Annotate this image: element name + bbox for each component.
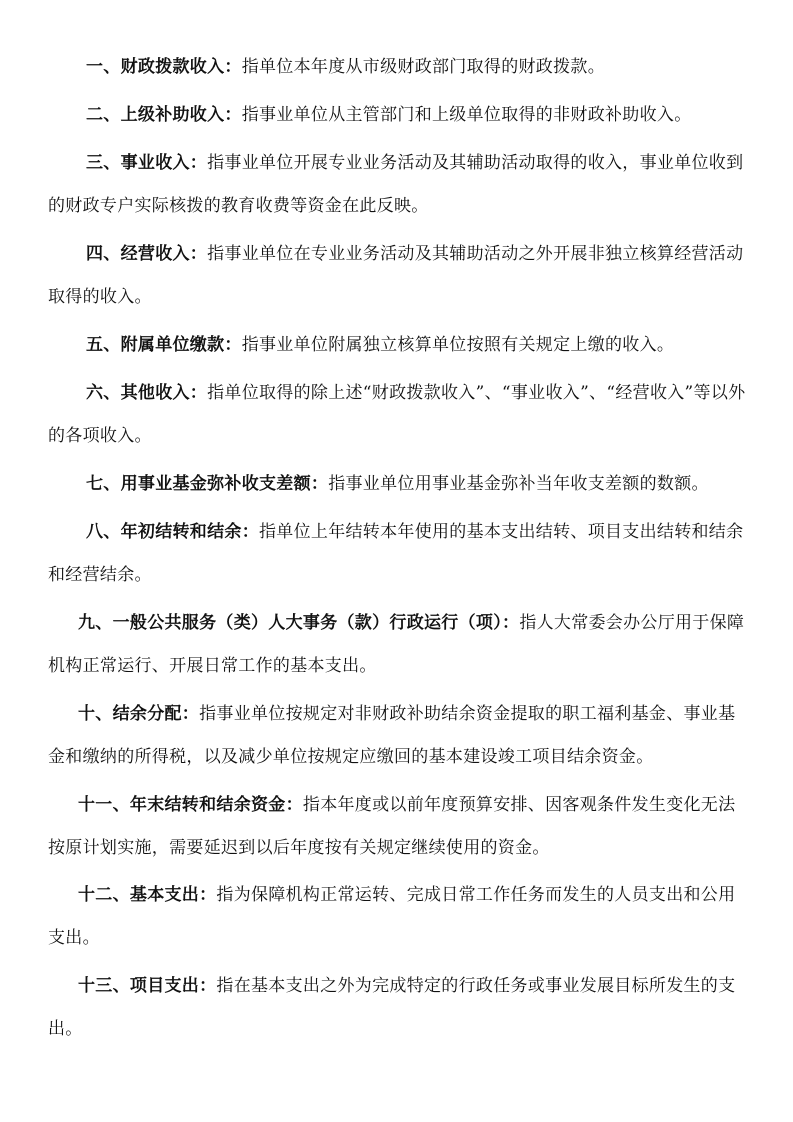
term-label: 十、结余分配： [78,704,199,724]
definition-item-5: 五、附属单位缴款：指事业单位附属独立核算单位按照有关规定上缴的收入。 [48,324,748,367]
term-label: 七、用事业基金弥补收支差额： [86,474,328,494]
document-page: 一、财政拨款收入：指单位本年度从市级财政部门取得的财政拨款。 二、上级补助收入：… [0,0,793,1122]
term-label: 十一、年末结转和结余资金： [78,795,303,815]
definition-item-11: 十一、年末结转和结余资金：指本年度或以前年度预算安排、因客观条件发生变化无法按原… [48,784,748,870]
term-label: 九、一般公共服务（类）人大事务（款）行政运行（项）： [78,613,519,633]
definition-item-2: 二、上级补助收入：指事业单位从主管部门和上级单位取得的非财政补助收入。 [48,94,748,137]
definition-text: 指事业单位从主管部门和上级单位取得的非财政补助收入。 [242,105,692,125]
definition-item-12: 十二、基本支出：指为保障机构正常运转、完成日常工作任务而发生的人员支出和公用支出… [48,874,748,960]
term-label: 二、上级补助收入： [86,105,242,125]
term-label: 五、附属单位缴款： [86,335,242,355]
definition-text: 指事业单位用事业基金弥补当年收支差额的数额。 [328,474,709,494]
definition-item-6: 六、其他收入：指单位取得的除上述“财政拨款收入”、“事业收入”、“经营收入”等以… [48,372,748,458]
definition-item-7: 七、用事业基金弥补收支差额：指事业单位用事业基金弥补当年收支差额的数额。 [48,463,748,506]
term-label: 八、年初结转和结余： [86,522,259,542]
term-label: 六、其他收入： [86,383,207,403]
definition-text: 指事业单位附属独立核算单位按照有关规定上缴的收入。 [242,335,675,355]
definition-item-10: 十、结余分配：指事业单位按规定对非财政补助结余资金提取的职工福利基金、事业基金和… [48,693,748,779]
definition-item-13: 十三、项目支出：指在基本支出之外为完成特定的行政任务或事业发展目标所发生的支出。 [48,965,748,1051]
definition-item-3: 三、事业收入：指事业单位开展专业业务活动及其辅助活动取得的收入，事业单位收到的财… [48,142,748,228]
term-label: 三、事业收入： [86,153,207,173]
definition-text: 指单位本年度从市级财政部门取得的财政拨款。 [242,57,605,77]
term-label: 十三、项目支出： [78,976,216,996]
term-label: 十二、基本支出： [78,885,216,905]
definition-item-9: 九、一般公共服务（类）人大事务（款）行政运行（项）：指人大常委会办公厅用于保障机… [48,602,748,688]
term-label: 四、经营收入： [86,244,207,264]
definition-item-1: 一、财政拨款收入：指单位本年度从市级财政部门取得的财政拨款。 [48,46,748,89]
definition-item-4: 四、经营收入：指事业单位在专业业务活动及其辅助活动之外开展非独立核算经营活动取得… [48,233,748,319]
term-label: 一、财政拨款收入： [86,57,242,77]
definition-item-8: 八、年初结转和结余：指单位上年结转本年使用的基本支出结转、项目支出结转和结余和经… [48,511,748,597]
